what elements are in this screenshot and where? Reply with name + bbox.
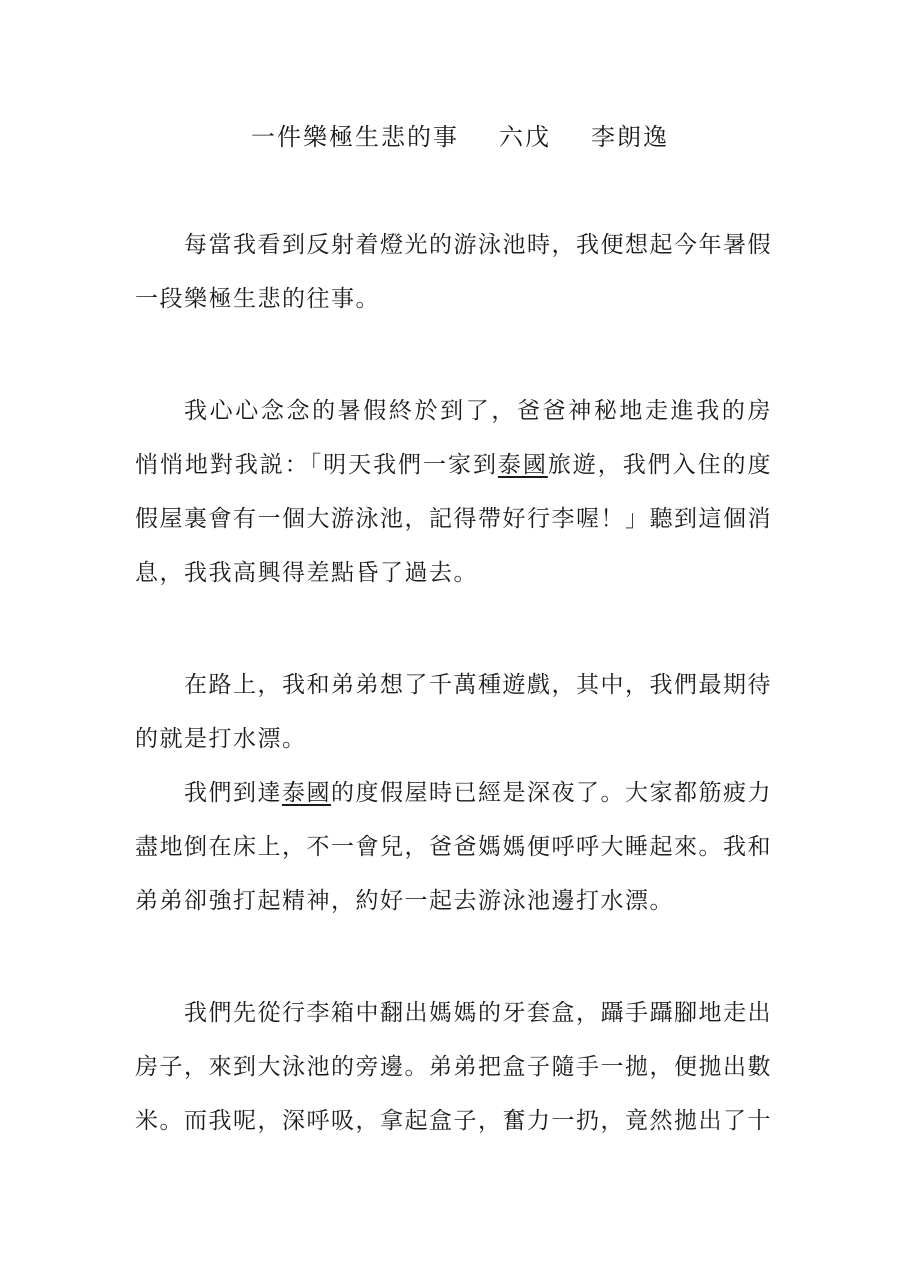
- text-line: 米。而我呢，深呼吸，拿起盒子，奮力一扔，竟然拋出了十: [135, 1094, 772, 1148]
- text-line: 房子，來到大泳池的旁邊。弟弟把盒子隨手一拋，便拋出數: [135, 1040, 772, 1094]
- text-segment: 悄悄地對我説：「明天我們一家到: [135, 452, 498, 477]
- text-line: 悄悄地對我説：「明天我們一家到泰國旅遊，我們入住的度: [135, 438, 772, 492]
- paragraph-2: 我心心念念的暑假終於到了，爸爸神秘地走進我的房間， 悄悄地對我説：「明天我們一家…: [135, 384, 772, 600]
- text-segment: 我們到達: [184, 780, 282, 805]
- text-line: 假屋裏會有一個大游泳池，記得帶好行李喔！」聽到這個消: [135, 492, 772, 546]
- text-segment: 旅遊，我們入住的度: [548, 452, 772, 477]
- text-line: 一段樂極生悲的往事。: [135, 272, 772, 326]
- text-line: 每當我看到反射着燈光的游泳池時，我便想起今年暑假: [135, 218, 772, 272]
- paragraph-1: 每當我看到反射着燈光的游泳池時，我便想起今年暑假 一段樂極生悲的往事。: [135, 218, 772, 326]
- text-line: 在路上，我和弟弟想了千萬種遊戲，其中，我們最期待: [135, 658, 772, 712]
- text-line: 盡地倒在床上，不一會兒，爸爸媽媽便呼呼大睡起來。我和: [135, 820, 772, 874]
- document-page: 一件樂極生悲的事六戊李朗逸 每當我看到反射着燈光的游泳池時，我便想起今年暑假 一…: [0, 0, 905, 1280]
- text-line: 弟弟卻強打起精神，約好一起去游泳池邊打水漂。: [135, 874, 772, 928]
- paragraph-4: 我們到達泰國的度假屋時已經是深夜了。大家都筋疲力 盡地倒在床上，不一會兒，爸爸媽…: [135, 766, 772, 928]
- class-label: 六戊: [499, 125, 551, 151]
- text-line: 的就是打水漂。: [135, 712, 772, 766]
- underlined-text: 泰國: [498, 452, 548, 477]
- essay-title-line: 一件樂極生悲的事六戊李朗逸: [251, 111, 772, 165]
- paragraph-3: 在路上，我和弟弟想了千萬種遊戲，其中，我們最期待 的就是打水漂。: [135, 658, 772, 766]
- underlined-text: 泰國: [282, 780, 331, 805]
- document-content: 一件樂極生悲的事六戊李朗逸 每當我看到反射着燈光的游泳池時，我便想起今年暑假 一…: [135, 111, 772, 1148]
- essay-title: 一件樂極生悲的事: [251, 125, 459, 151]
- text-line: 我們先從行李箱中翻出媽媽的牙套盒，躡手躡腳地走出: [135, 986, 772, 1040]
- text-line: 我心心念念的暑假終於到了，爸爸神秘地走進我的房間，: [135, 384, 772, 438]
- text-line: 我們到達泰國的度假屋時已經是深夜了。大家都筋疲力: [135, 766, 772, 820]
- paragraph-5: 我們先從行李箱中翻出媽媽的牙套盒，躡手躡腳地走出 房子，來到大泳池的旁邊。弟弟把…: [135, 986, 772, 1148]
- author-name: 李朗逸: [591, 125, 669, 151]
- text-segment: 的度假屋時已經是深夜了。大家都筋疲力: [331, 780, 772, 805]
- text-line: 息，我我高興得差點昏了過去。: [135, 546, 772, 600]
